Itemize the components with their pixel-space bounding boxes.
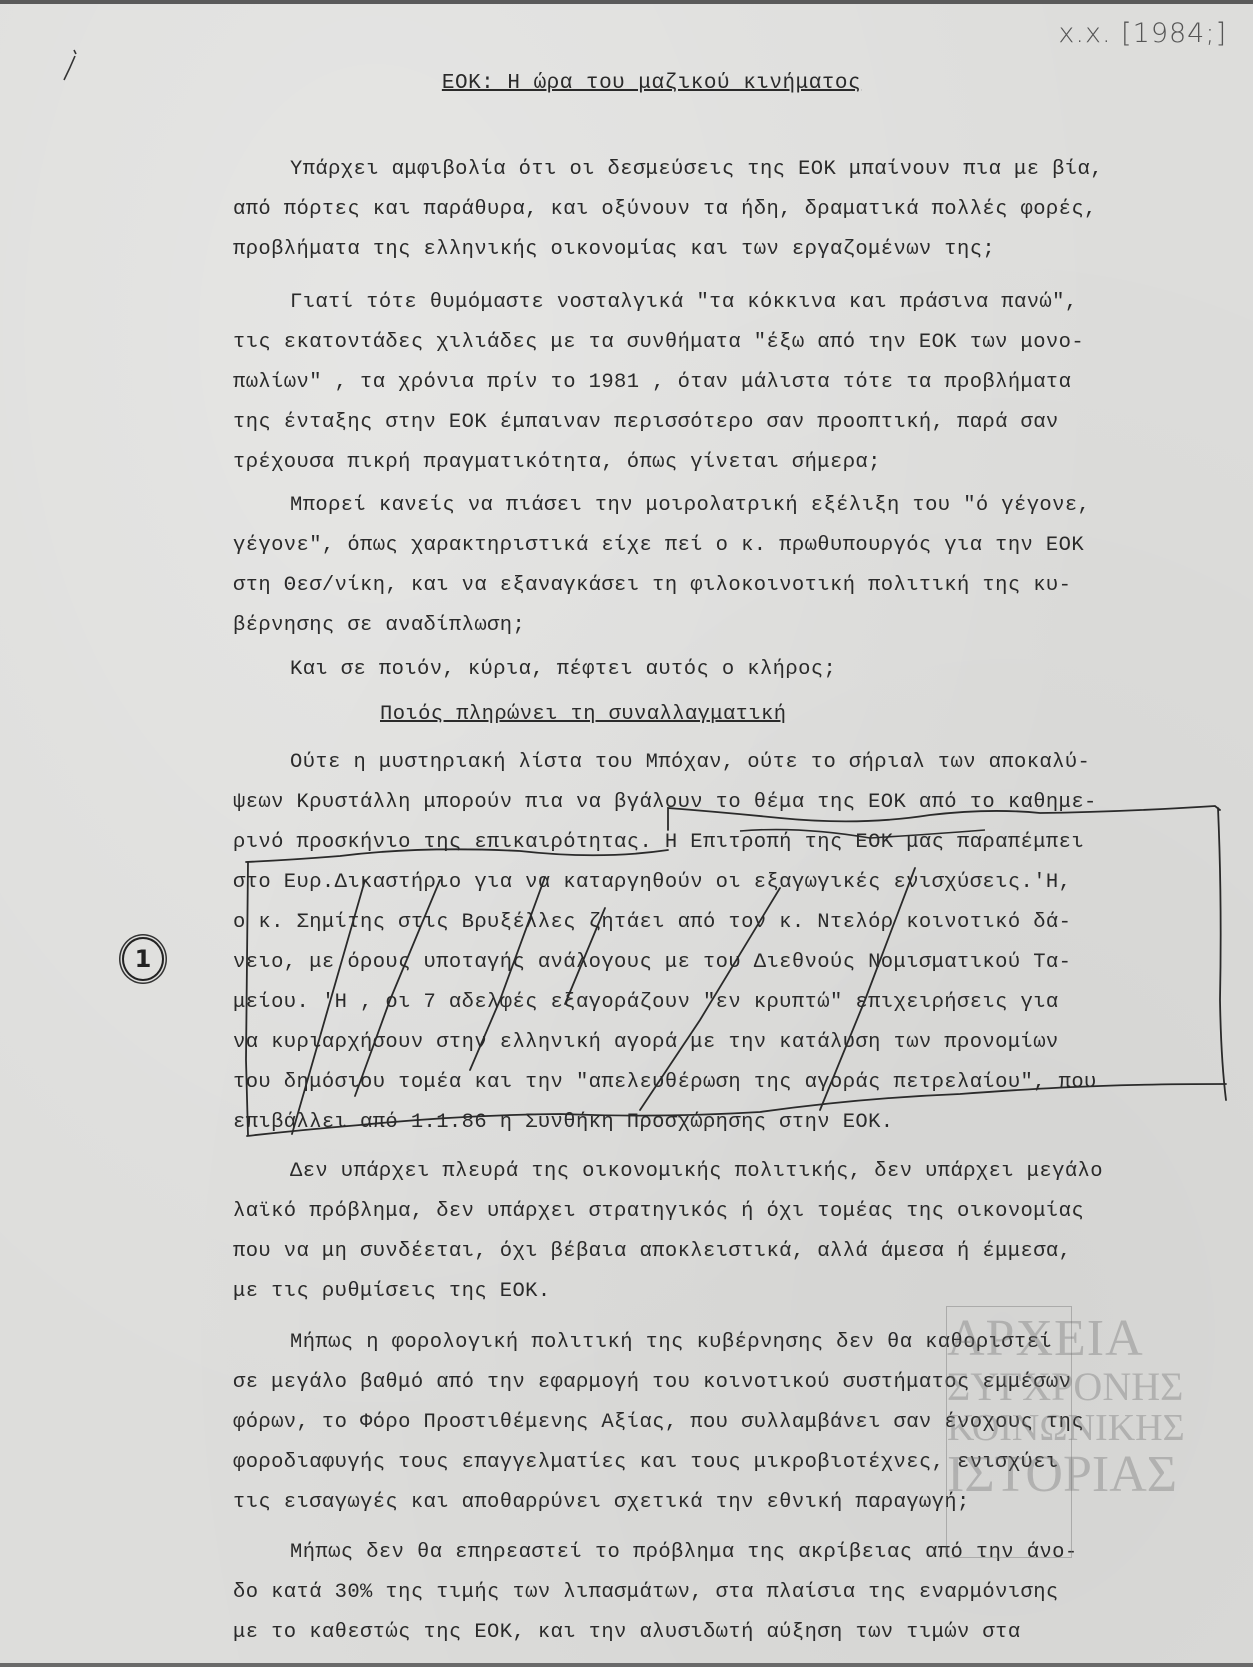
archive-watermark-stamp: ΑΡΧΕΙΑ ΣΥΓΧΡΟΝΗΣ ΚΟΙΝΩΝΙΚΗΣ ΙΣΤΟΡΙΑΣ xyxy=(946,1306,1072,1558)
text-line: βέρνησης σε αναδίπλωση; xyxy=(233,616,525,637)
text-line: Μπορεί κανείς να πιάσει την μοιρολατρική… xyxy=(290,496,1090,517)
scan-edge-bottom xyxy=(0,1663,1253,1667)
text-line: του δημόσιου τομέα και την "απελευθέρωση… xyxy=(233,1073,1097,1094)
text-line: τις εισαγωγές και αποθαρρύνει σχετικά τη… xyxy=(233,1493,970,1514)
text-line: πωλίων" , τα χρόνια πρίν το 1981 , όταν … xyxy=(233,373,1071,394)
text-line: Δεν υπάρχει πλευρά της οικονομικής πολιτ… xyxy=(290,1162,1103,1183)
text-line: στο Ευρ.Δικαστήριο για να καταργηθούν οι… xyxy=(233,873,1071,894)
text-line: τρέχουσα πικρή πραγματικότητα, όπως γίνε… xyxy=(233,453,881,474)
text-line: επιβάλλει από 1.1.86 η Συνθήκη Προσχώρησ… xyxy=(233,1113,894,1134)
text-line: Ούτε η μυστηριακή λίστα του Μπόχαν, ούτε… xyxy=(290,753,1090,774)
handwritten-date-note: x.x. [1984;] xyxy=(1058,18,1227,49)
text-line: της ένταξης στην ΕΟΚ έμπαιναν περισσότερ… xyxy=(233,413,1059,434)
text-line: γέγονε", όπως χαρακτηριστικά είχε πεί ο … xyxy=(233,536,1084,557)
watermark-line: ΣΥΓΧΡΟΝΗΣ xyxy=(947,1367,1071,1407)
text-line: λαϊκό πρόβλημα, δεν υπάρχει στρατηγικός … xyxy=(233,1202,1084,1223)
circled-margin-number: 1 xyxy=(122,937,164,981)
scanned-page: x.x. [1984;] ΕΟΚ: Η ώρα του μαζικού κινή… xyxy=(0,0,1253,1667)
text-line: με το καθεστώς της ΕΟΚ, και την αλυσιδωτ… xyxy=(233,1623,1021,1644)
text-line: στη Θεσ/νίκη, και να εξαναγκάσει τη φιλο… xyxy=(233,576,1071,597)
text-line: που να μη συνδέεται, όχι βέβαια αποκλεισ… xyxy=(233,1242,1071,1263)
text-line: με τις ρυθμίσεις της ΕΟΚ. xyxy=(233,1282,551,1303)
text-line: προβλήματα της ελληνικής οικονομίας και … xyxy=(233,240,995,261)
text-line: νειο, με όρους υποταγής ανάλογους με του… xyxy=(233,953,1071,974)
text-line: τις εκατοντάδες χιλιάδες με τα συνθήματα… xyxy=(233,333,1084,354)
text-line: Υπάρχει αμφιβολία ότι οι δεσμεύσεις της … xyxy=(290,160,1103,181)
text-line: φοροδιαφυγής τους επαγγελματίες και τους… xyxy=(233,1453,1059,1474)
text-line: δο κατά 30% της τιμής των λιπασμάτων, στ… xyxy=(233,1583,1059,1604)
text-line: να κυριαρχήσουν στην ελληνική αγορά με τ… xyxy=(233,1033,1059,1054)
watermark-line: ΑΡΧΕΙΑ xyxy=(947,1313,1071,1365)
text-line: ρινό προσκήνιο της επικαιρότητας. Η Επιτ… xyxy=(233,833,1084,854)
text-line: Γιατί τότε θυμόμαστε νοσταλγικά "τα κόκκ… xyxy=(290,293,1078,314)
scan-edge-top xyxy=(0,0,1253,4)
text-line: από πόρτες και παράθυρα, και οξύνουν τα … xyxy=(233,200,1097,221)
watermark-line: ΚΟΙΝΩΝΙΚΗΣ xyxy=(947,1409,1071,1447)
document-title: ΕΟΚ: Η ώρα του μαζικού κινήματος xyxy=(0,72,1253,95)
text-line: ψεων Κρυστάλλη μπορούν πια να βγάλουν το… xyxy=(233,793,1097,814)
text-line: ο κ. Σημίτης στις Βρυξέλλες ζητάει από τ… xyxy=(233,913,1071,934)
text-line: Μήπως η φορολογική πολιτική της κυβέρνησ… xyxy=(290,1333,1052,1354)
text-line: Και σε ποιόν, κύρια, πέφτει αυτός ο κλήρ… xyxy=(290,660,836,681)
section-subheading: Ποιός πληρώνει τη συναλλαγματική xyxy=(380,705,786,726)
text-line: μείου. 'Η , οι 7 αδελφές εξαγοράζουν "εν… xyxy=(233,993,1059,1014)
watermark-line: ΙΣΤΟΡΙΑΣ xyxy=(947,1449,1071,1501)
